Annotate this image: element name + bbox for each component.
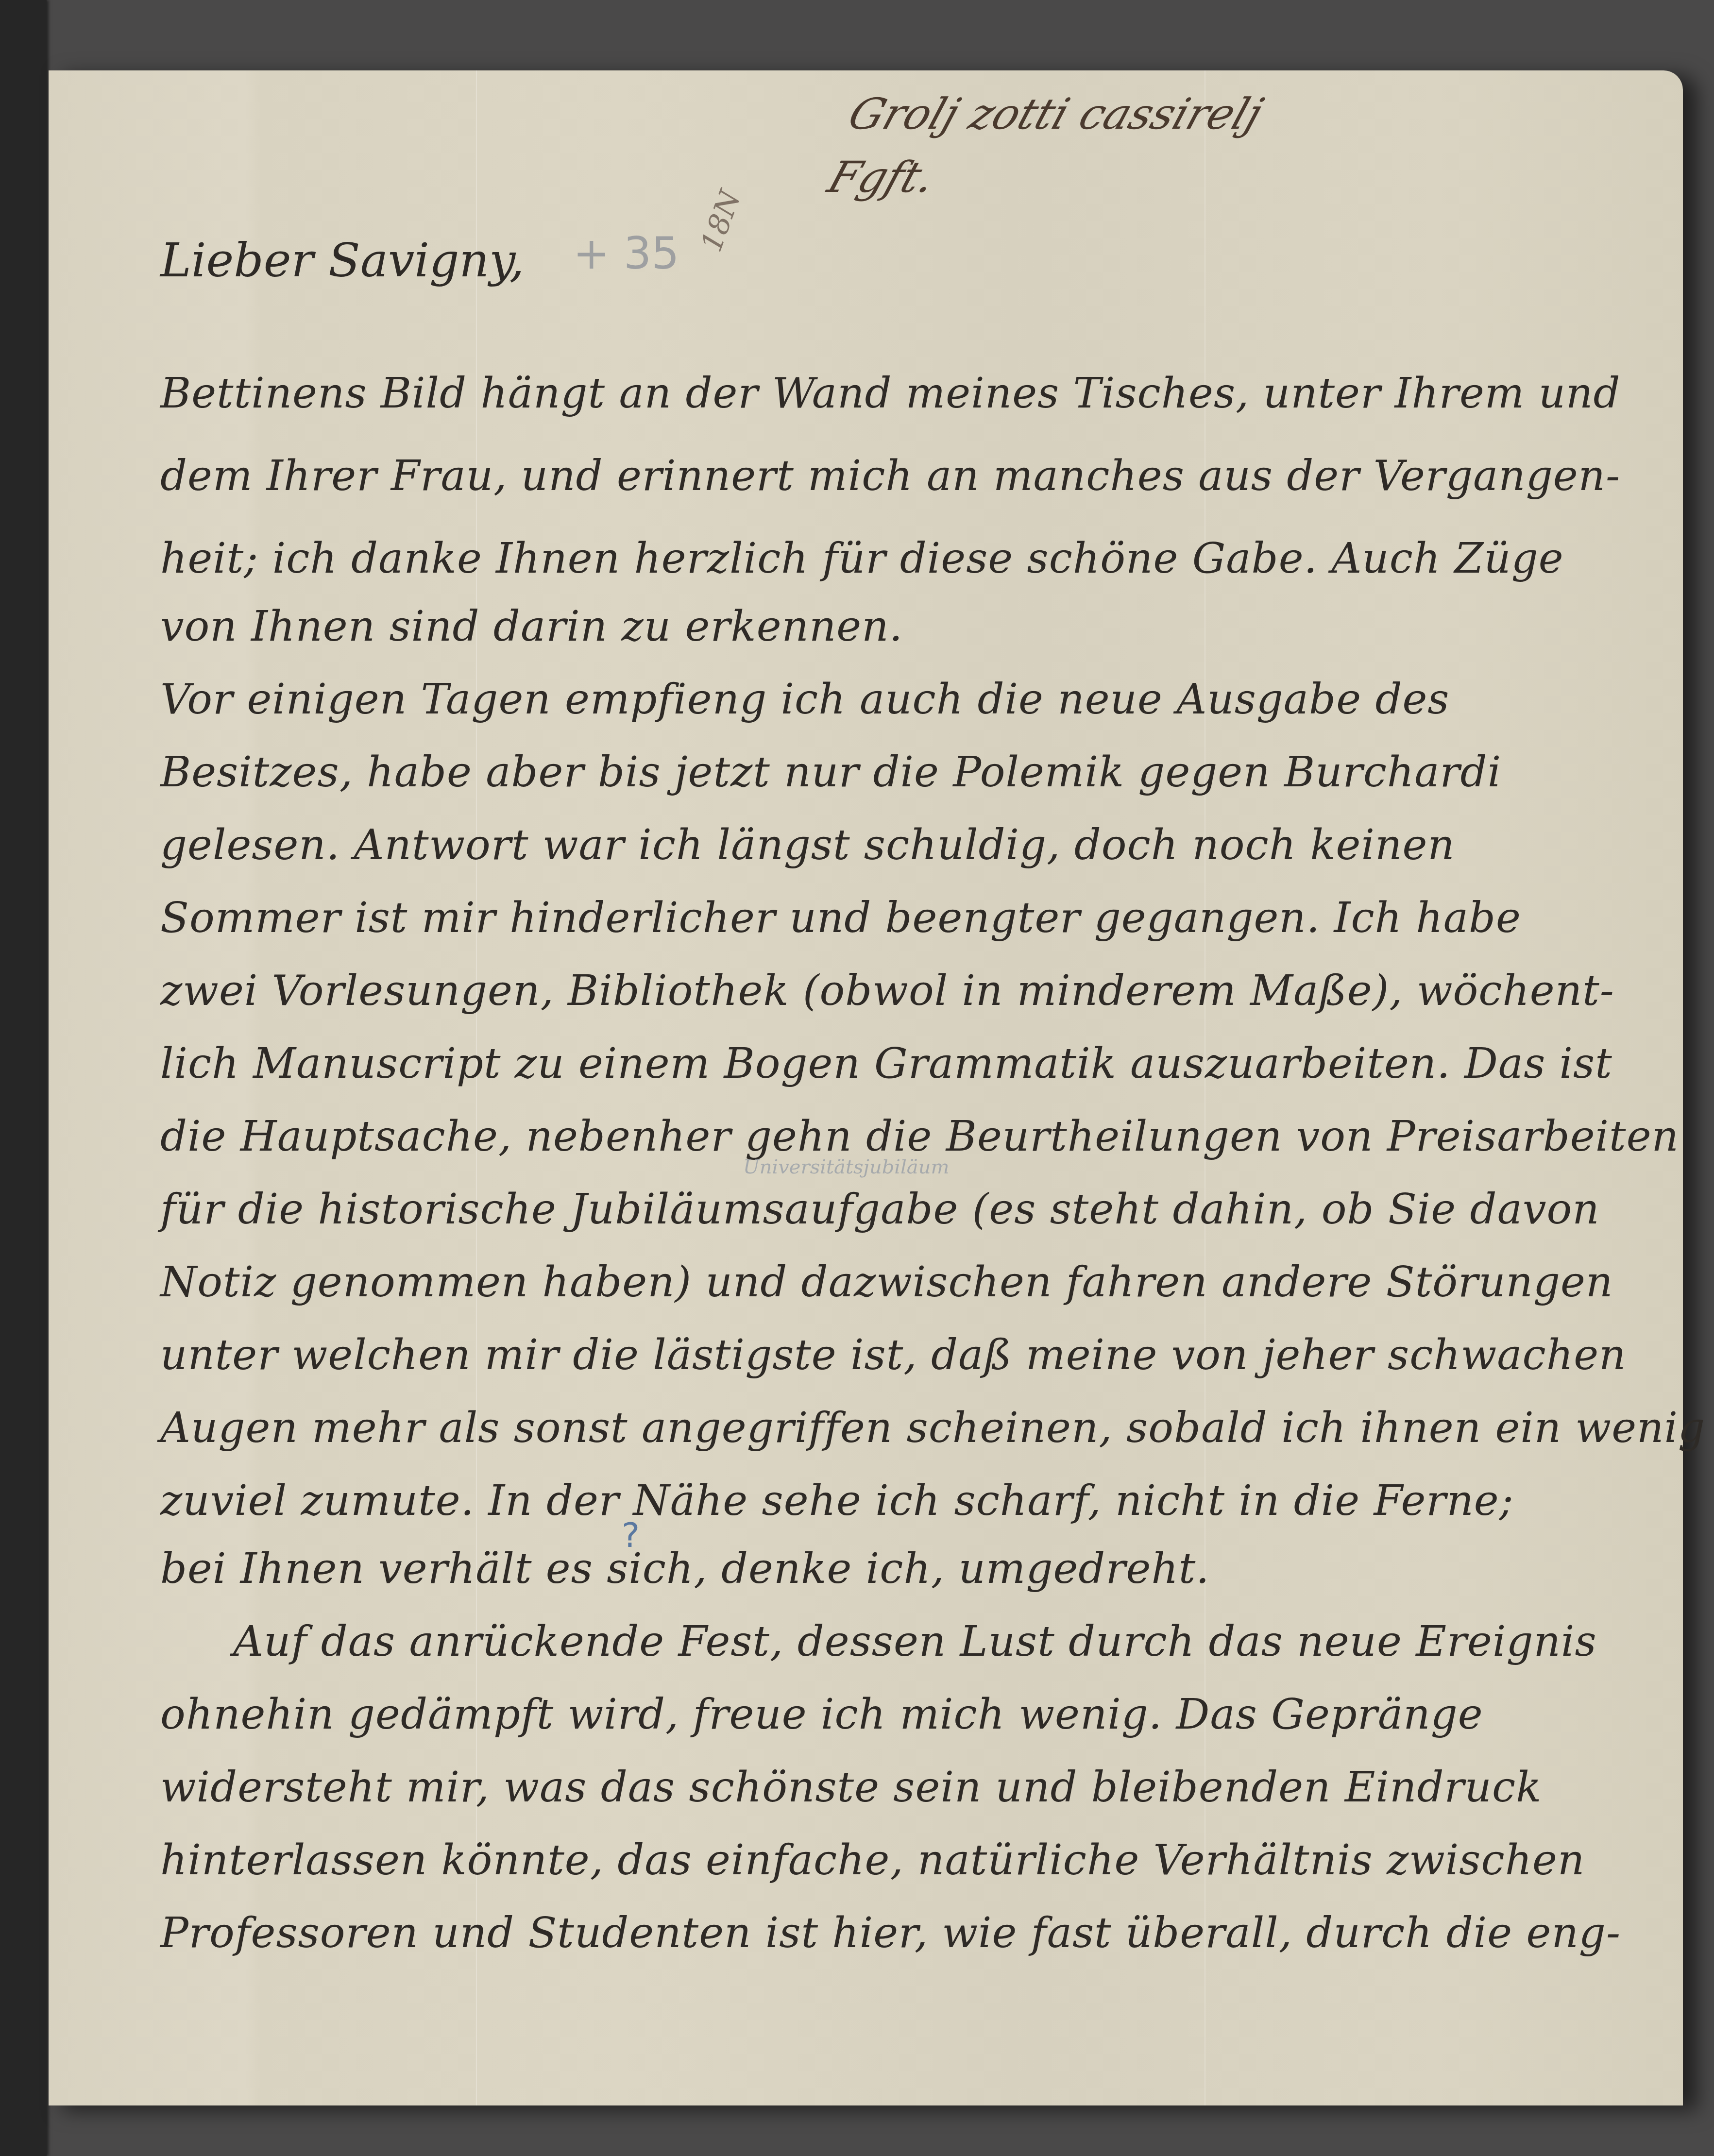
body-line: ohnehin gedämpft wird, freue ich mich we… <box>160 1690 1656 1739</box>
pencil-annotation: Universitätsjubiläum <box>743 1156 949 1178</box>
body-line: Besitzes, habe aber bis jetzt nur die Po… <box>160 748 1656 797</box>
header-note: Grolj zotti cassirelj Fgft. <box>820 83 1298 209</box>
body-line: unter welchen mir die lästigste ist, daß… <box>160 1331 1656 1379</box>
body-line: die Hauptsache, nebenher gehn die Beurth… <box>160 1112 1656 1161</box>
body-line: von Ihnen sind darin zu erkennen. <box>160 602 1656 651</box>
archive-pencil-number: + 35 <box>573 228 679 279</box>
body-line: Augen mehr als sonst angegriffen scheine… <box>160 1404 1656 1452</box>
body-line: lich Manuscript zu einem Bogen Grammatik… <box>160 1039 1656 1088</box>
body-line: dem Ihrer Frau, und erinnert mich an man… <box>160 452 1656 500</box>
body-line: hinterlassen könnte, das einfache, natür… <box>160 1836 1656 1884</box>
body-line: Professoren und Studenten ist hier, wie … <box>160 1909 1656 1957</box>
body-line: zwei Vorlesungen, Bibliothek (obwol in m… <box>160 967 1656 1015</box>
body-line: Auf das anrückende Fest, dessen Lust dur… <box>233 1617 1714 1666</box>
header-note-line-1: Grolj zotti cassirelj <box>840 83 1298 146</box>
body-line: Vor einigen Tagen empfieng ich auch die … <box>160 675 1656 724</box>
body-line: zuviel zumute. In der Nähe sehe ich scha… <box>160 1477 1656 1525</box>
body-line: Sommer ist mir hinderlicher und beengter… <box>160 894 1656 942</box>
body-line: widersteht mir, was das schönste sein un… <box>160 1763 1656 1812</box>
body-line: für die historische Jubiläumsaufgabe (es… <box>160 1185 1656 1234</box>
body-line: gelesen. Antwort war ich längst schuldig… <box>160 821 1656 869</box>
binding-strip <box>0 0 47 2156</box>
header-note-line-2: Fgft. <box>820 146 1277 209</box>
body-line: Bettinens Bild hängt an der Wand meines … <box>160 369 1656 418</box>
body-line: Notiz genommen haben) und dazwischen fah… <box>160 1258 1656 1307</box>
blue-question-mark: ? <box>622 1515 640 1555</box>
salutation: Lieber Savigny, <box>160 233 524 288</box>
body-line: bei Ihnen verhält es sich, denke ich, um… <box>160 1545 1656 1593</box>
body-line: heit; ich danke Ihnen herzlich für diese… <box>160 534 1656 583</box>
